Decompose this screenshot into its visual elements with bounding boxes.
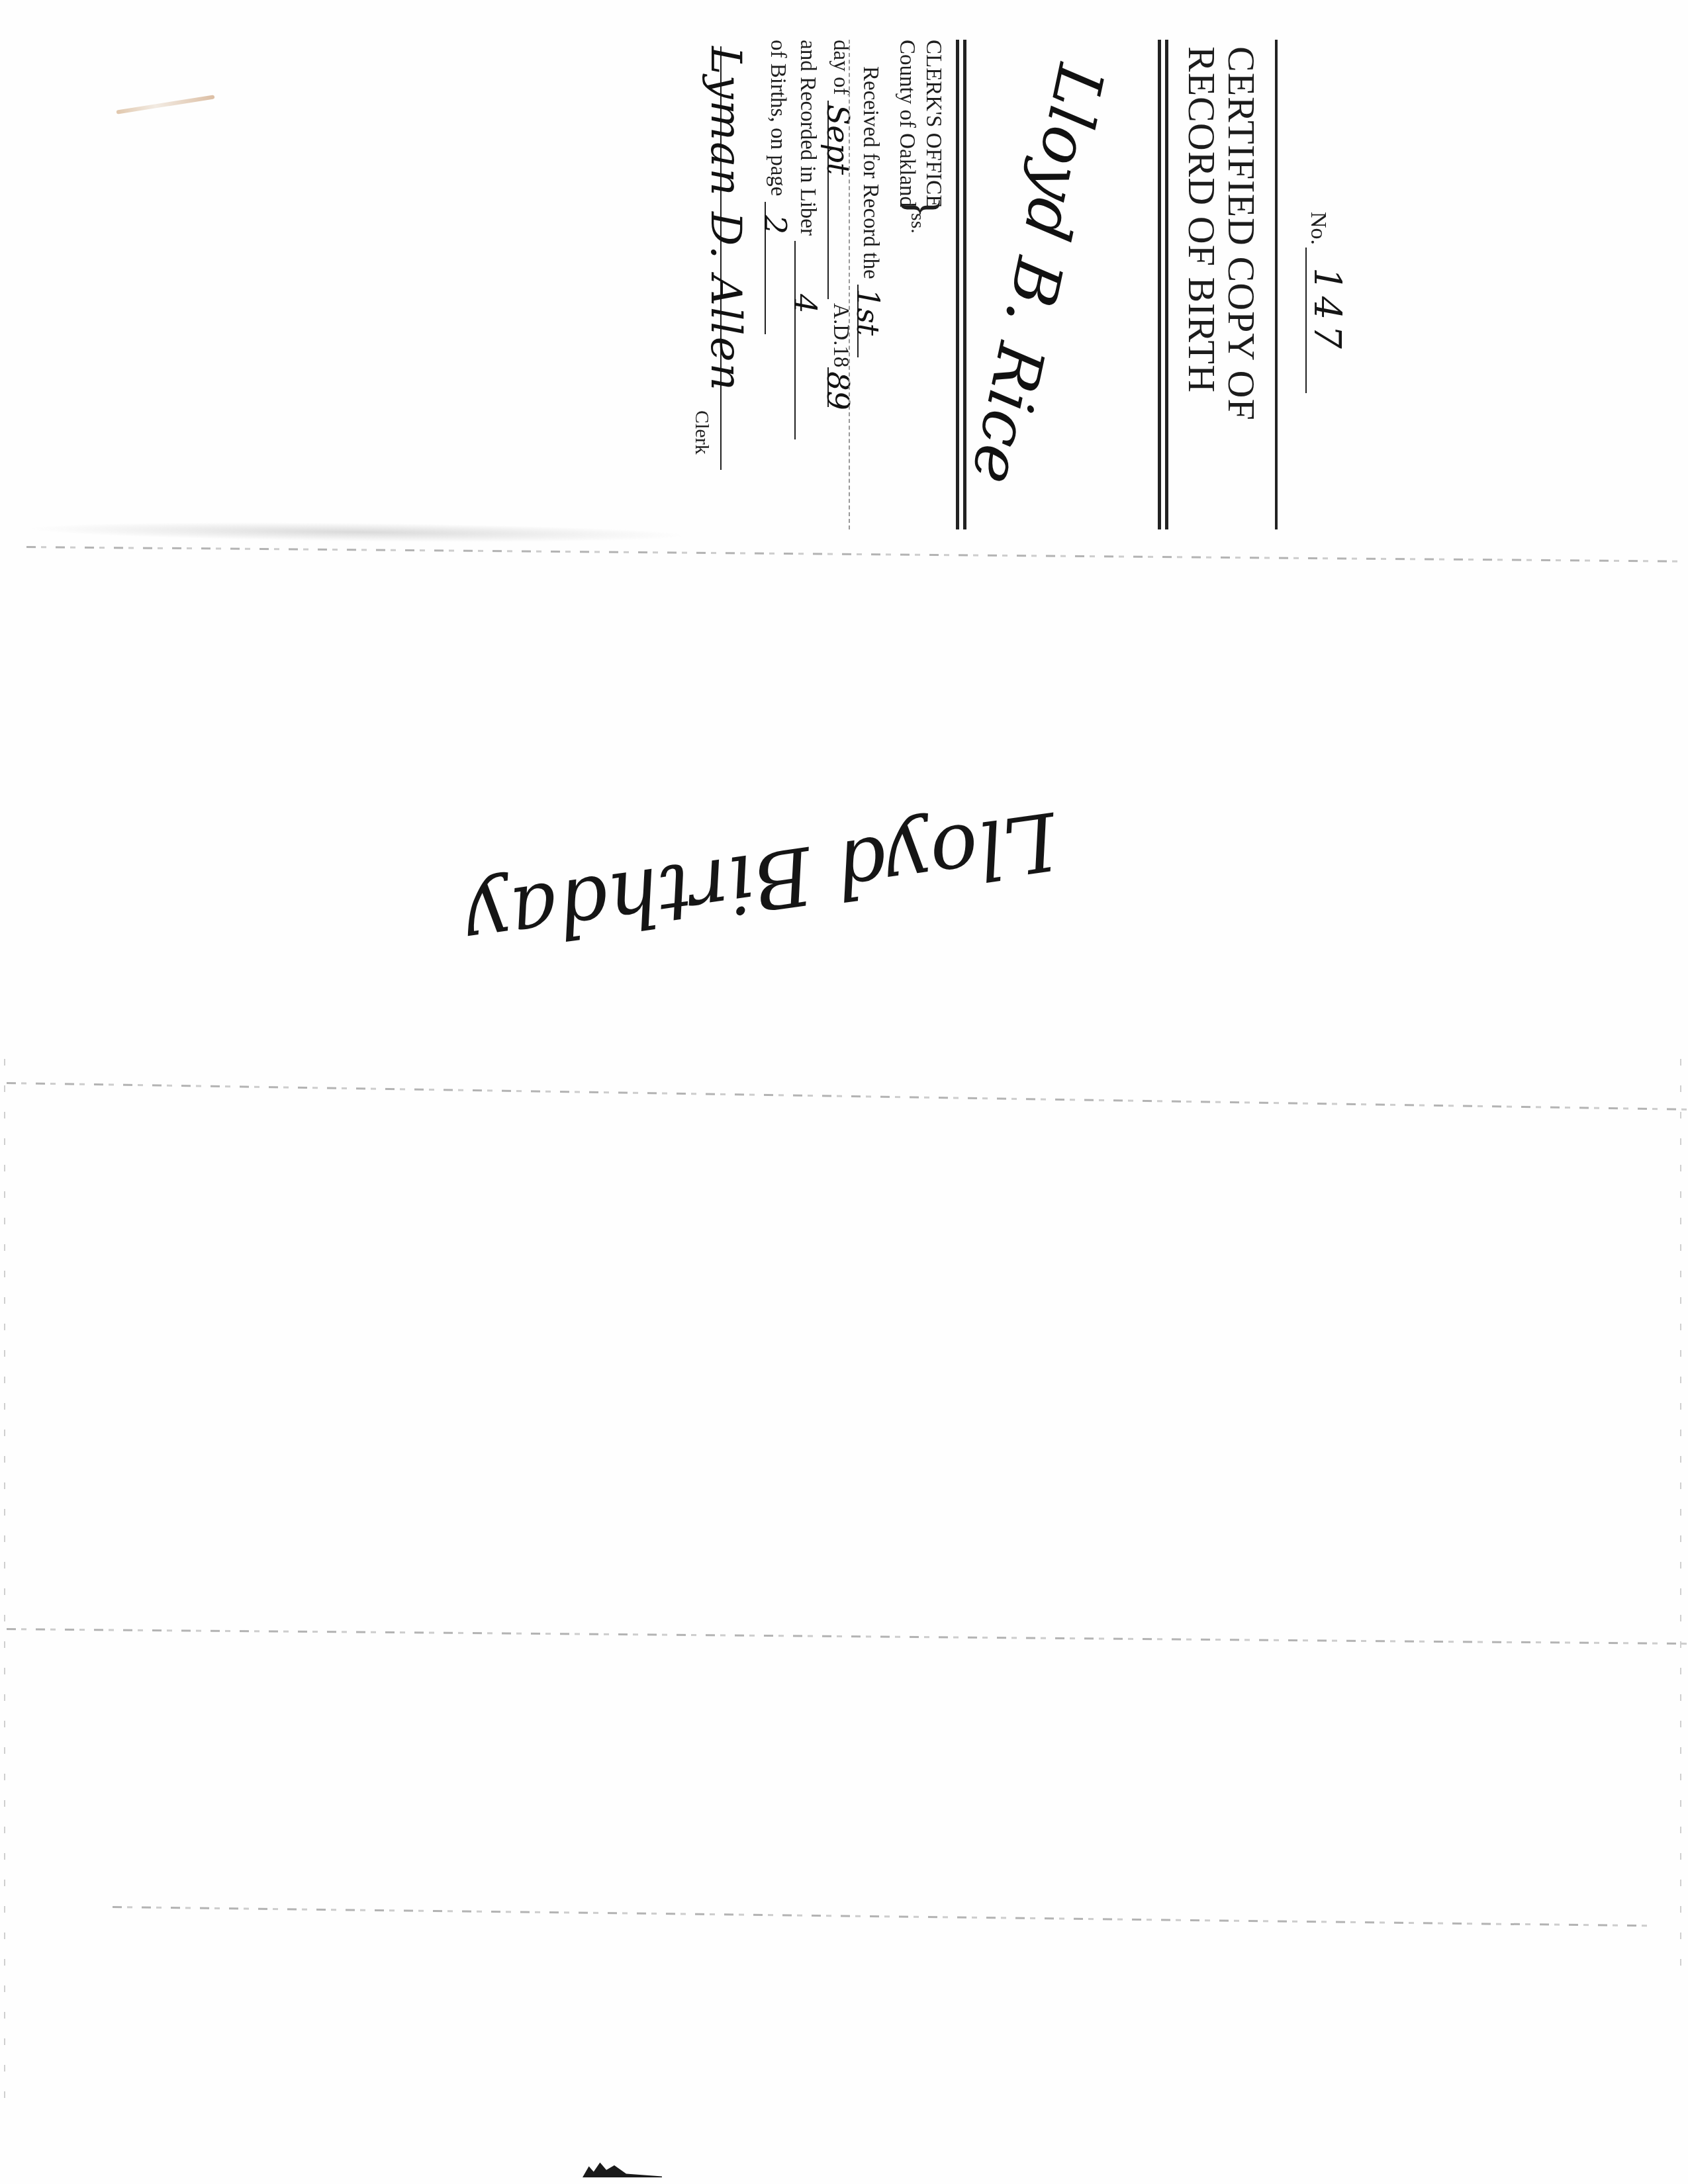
birth-record-form: No.147 CERTIFIED COPY OF RECORD OF BIRTH… <box>278 40 1337 549</box>
received-line: Received for Record the 1st <box>857 66 884 357</box>
title-line-1: CERTIFIED COPY OF <box>1221 46 1261 529</box>
fold-crease-4 <box>113 1906 1648 1927</box>
day-of-line: day of Sept A.D.1889 <box>827 40 854 407</box>
page-edge-right <box>1680 1059 1681 1985</box>
title-rule-bottom <box>1158 40 1168 529</box>
form-bottom-edge <box>849 40 850 529</box>
clerk-signature-line: Lyman D. Allen <box>720 46 761 470</box>
liber-value: 4 <box>792 294 818 313</box>
back-note-text: Lloyd Birthday <box>457 773 1065 987</box>
clerk-office-label: CLERK'S OFFICE <box>920 40 947 208</box>
page-line: of Births, on page 2 <box>765 40 791 334</box>
received-day: 1st <box>855 289 881 336</box>
ink-blot <box>583 2159 662 2177</box>
title-line-2: RECORD OF BIRTH <box>1182 46 1221 529</box>
record-number-label: No. <box>1306 212 1331 245</box>
scanned-page: No.147 CERTIFIED COPY OF RECORD OF BIRTH… <box>0 0 1688 2184</box>
liber-line: and Recorded in Liber 4 <box>794 40 821 439</box>
page-edge-left <box>4 1059 5 2118</box>
received-label: Received for Record the <box>859 66 882 279</box>
clerk-signature: Lyman D. Allen <box>712 46 739 392</box>
county-label: County of Oakland <box>894 40 920 208</box>
births-page-label: of Births, on page <box>766 40 790 196</box>
title-rule-top <box>1275 40 1278 529</box>
received-month: Sept <box>825 105 851 175</box>
clerk-title-label: Clerk <box>688 410 715 455</box>
back-note: Lloyd Birthday <box>463 814 1059 986</box>
record-number-value: 147 <box>1305 267 1348 354</box>
name-rule-bottom <box>956 40 966 529</box>
rust-stain <box>116 95 214 114</box>
subject-name: Lloyd B. Rice <box>957 58 1117 490</box>
fold-crease-3 <box>7 1628 1688 1645</box>
document-title: CERTIFIED COPY OF RECORD OF BIRTH <box>1182 46 1261 529</box>
record-number-field: No.147 <box>1305 212 1331 393</box>
page-value: 2 <box>762 215 788 234</box>
liber-label: and Recorded in Liber <box>796 40 820 236</box>
ss-label: ss. <box>904 213 931 234</box>
fold-crease-2 <box>7 1082 1688 1111</box>
clerk-office-heading: CLERK'S OFFICE County of Oakland <box>894 40 947 208</box>
received-year: 89 <box>825 371 851 410</box>
